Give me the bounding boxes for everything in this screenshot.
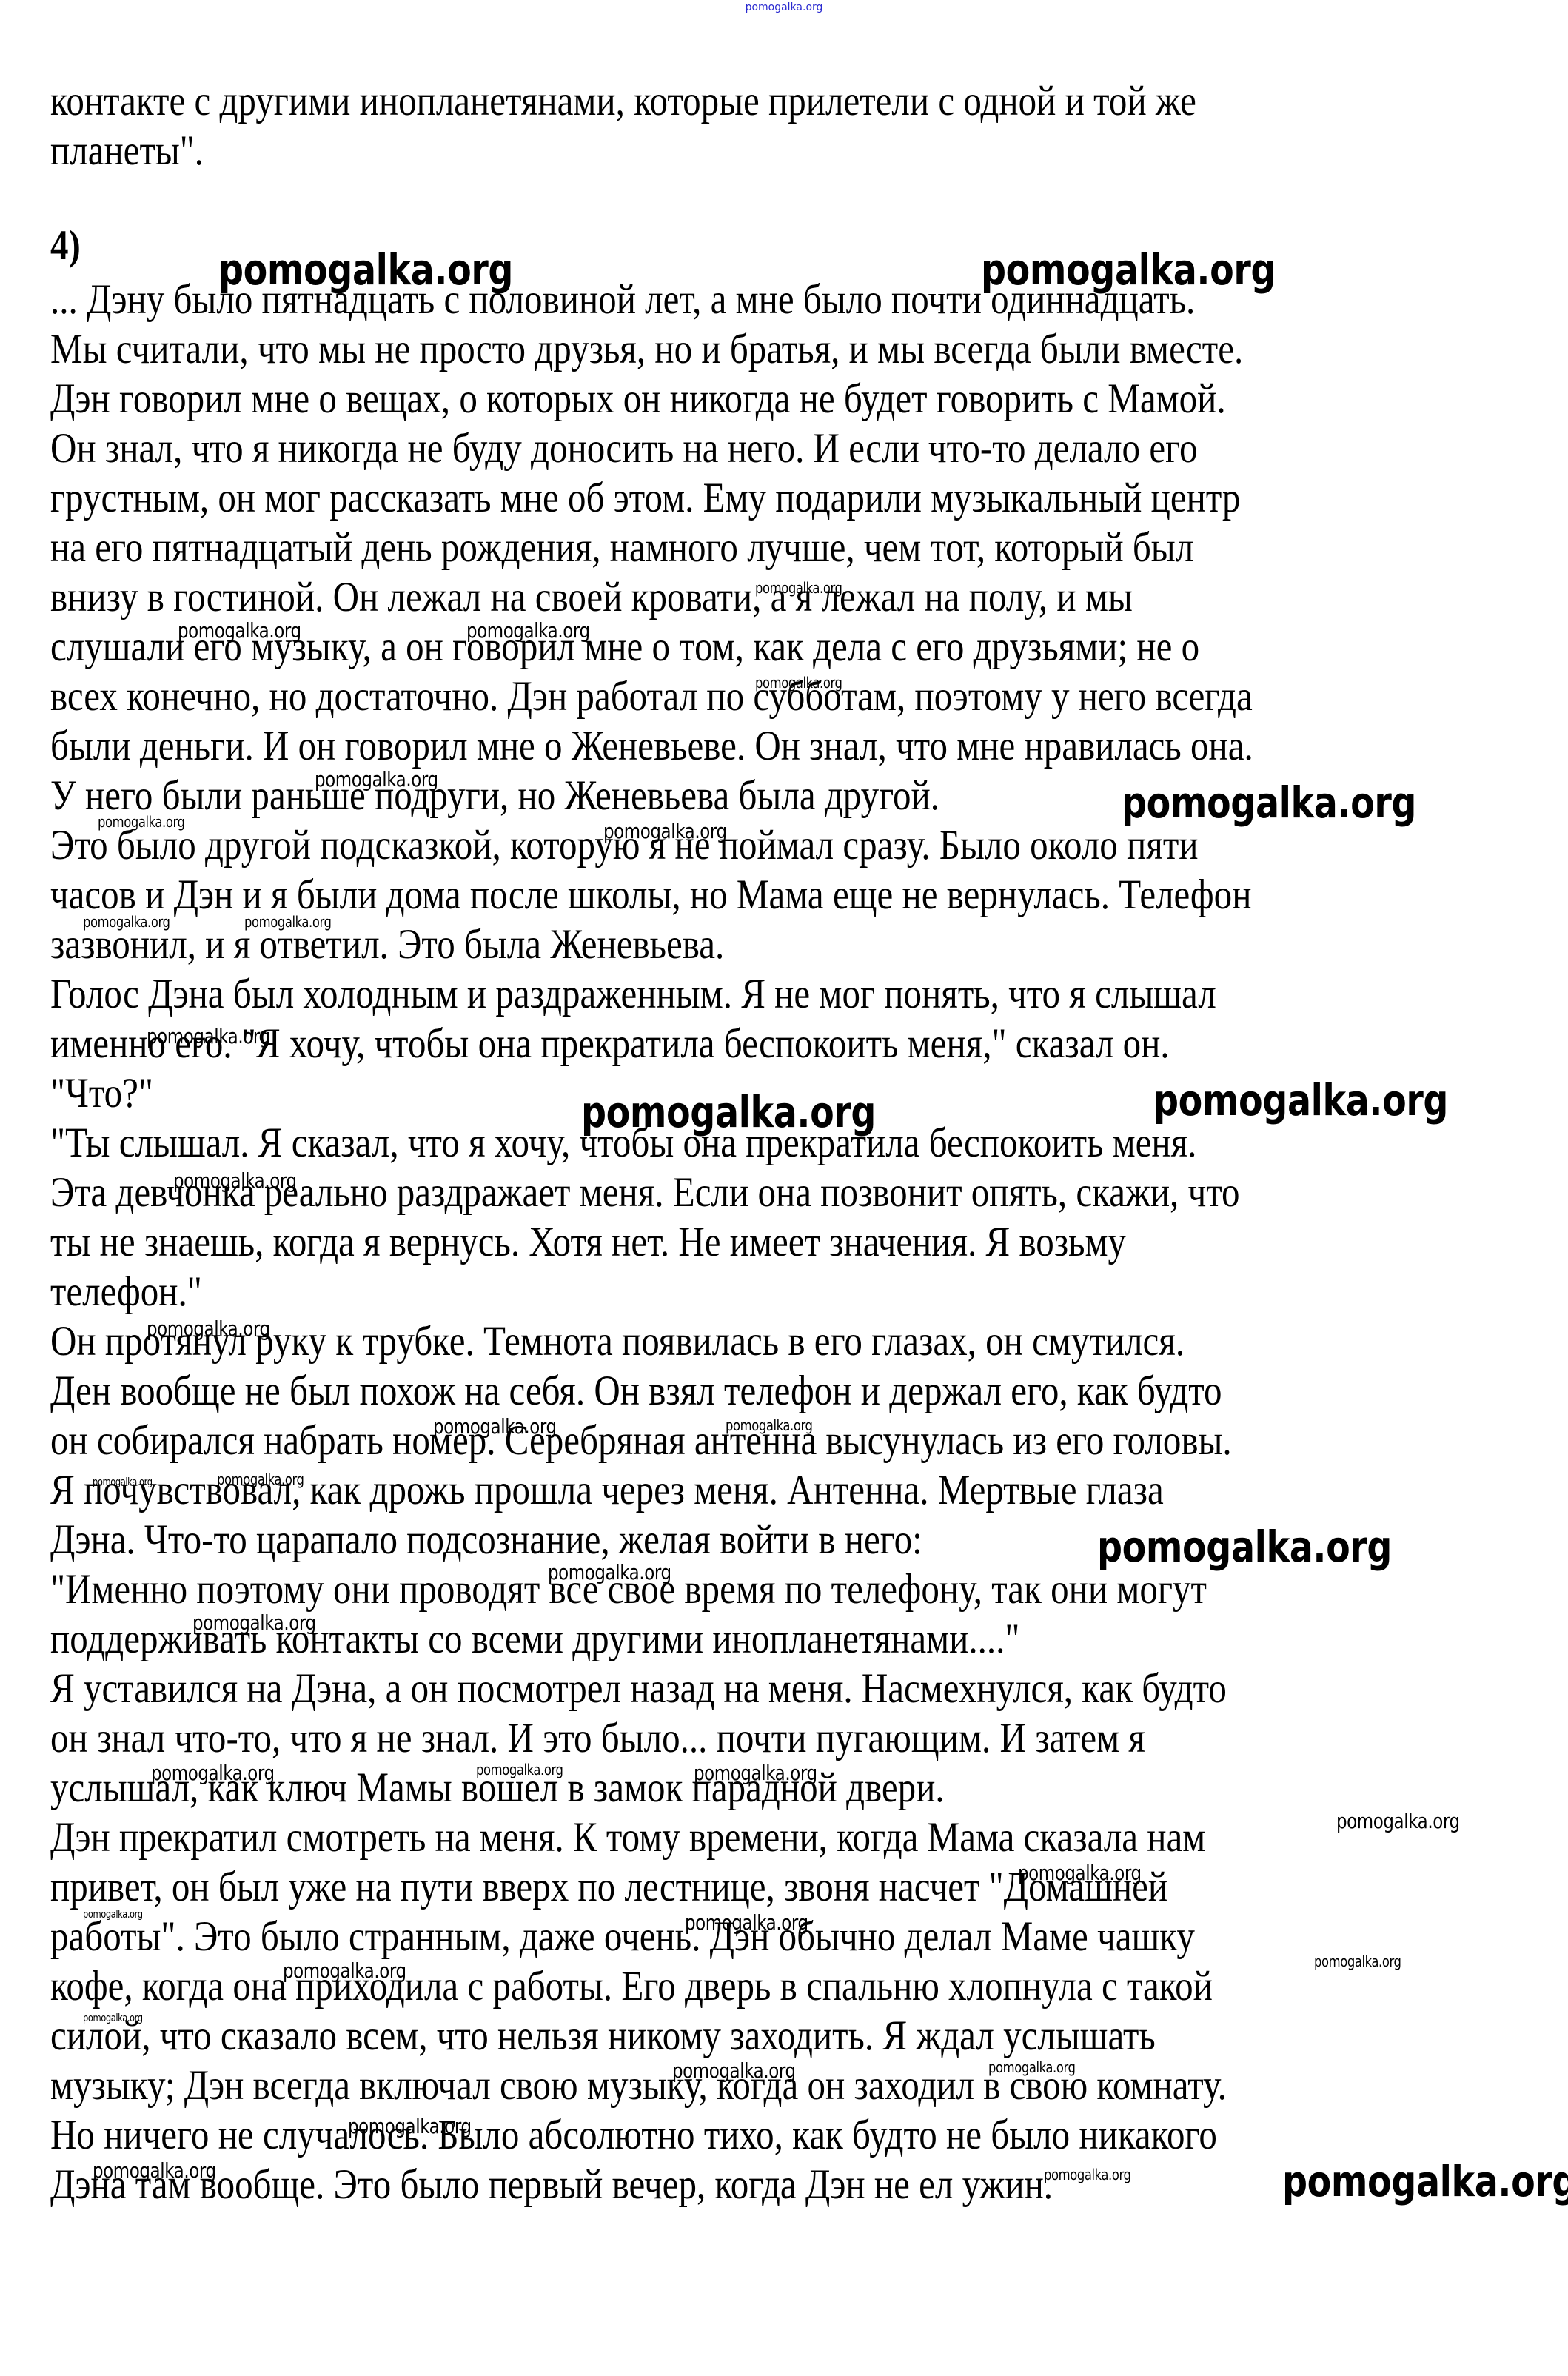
watermark: pomogalka.org (147, 1024, 270, 1048)
watermark: pomogalka.org (98, 813, 185, 831)
text-line: были деньги. И он говорил мне о Женевьев… (50, 723, 1253, 770)
text-line: силой, что сказало всем, что нельзя нико… (50, 2012, 1156, 2060)
watermark: pomogalka.org (1018, 1861, 1142, 1885)
text-line: он знал что-то, что я не знал. И это был… (50, 1715, 1145, 1762)
text-line: Мы считали, что мы не просто друзья, но … (50, 326, 1243, 373)
watermark: pomogalka.org (244, 913, 332, 931)
text-line: Я уставился на Дэна, а он посмотрел наза… (50, 1665, 1227, 1713)
watermark: pomogalka.org (685, 1910, 808, 1935)
watermark: pomogalka.org (981, 244, 1276, 295)
watermark: pomogalka.org (988, 2058, 1076, 2076)
watermark: pomogalka.org (83, 913, 170, 931)
watermark: pomogalka.org (178, 618, 301, 643)
watermark: pomogalka.org (726, 1416, 813, 1434)
text-line: телефон." (50, 1268, 202, 1316)
text-line: привет, он был уже на пути вверх по лест… (50, 1864, 1167, 1911)
top-watermark: pomogalka.org (0, 1, 1568, 13)
watermark: pomogalka.org (672, 2058, 796, 2083)
text-line: часов и Дэн и я были дома после школы, н… (50, 871, 1251, 919)
watermark: pomogalka.org (466, 618, 590, 643)
section-number: 4) (50, 222, 81, 270)
watermark: pomogalka.org (151, 1761, 275, 1785)
watermark: pomogalka.org (93, 1476, 153, 1488)
watermark: pomogalka.org (173, 1168, 297, 1193)
text-line: Ден вообще не был похож на себя. Он взял… (50, 1368, 1222, 1415)
text-line: ты не знаешь, когда я вернусь. Хотя нет.… (50, 1219, 1126, 1266)
intro-line: планеты". (50, 127, 204, 175)
text-line: кофе, когда она приходила с работы. Его … (50, 1963, 1213, 2010)
watermark: pomogalka.org (581, 1087, 876, 1137)
watermark: pomogalka.org (1097, 1522, 1392, 1572)
text-line: грустным, он мог рассказать мне об этом.… (50, 475, 1240, 522)
watermark: pomogalka.org (1122, 777, 1416, 828)
watermark: pomogalka.org (603, 819, 727, 843)
text-line: всех конечно, но достаточно. Дэн работал… (50, 673, 1253, 720)
watermark: pomogalka.org (83, 2012, 143, 2024)
watermark: pomogalka.org (1314, 1952, 1401, 1970)
text-line: Дэна. Что-то царапало подсознание, желая… (50, 1516, 922, 1564)
watermark: pomogalka.org (315, 767, 438, 792)
watermark: pomogalka.org (192, 1610, 316, 1635)
text-line: Но ничего не случалось. Было абсолютно т… (50, 2112, 1217, 2159)
watermark: pomogalka.org (548, 1560, 671, 1584)
watermark: pomogalka.org (433, 1414, 557, 1439)
text-line: он собирался набрать номер. Серебряная а… (50, 1417, 1232, 1465)
text-line: внизу в гостиной. Он лежал на своей кров… (50, 574, 1133, 621)
text-line: Дэн прекратил смотреть на меня. К тому в… (50, 1814, 1205, 1861)
text-line: Дэн говорил мне о вещах, о которых он ни… (50, 375, 1226, 423)
watermark: pomogalka.org (348, 2114, 472, 2138)
watermark: pomogalka.org (217, 1470, 304, 1488)
watermark: pomogalka.org (147, 1316, 270, 1341)
watermark: pomogalka.org (83, 1909, 143, 1921)
watermark: pomogalka.org (283, 1958, 406, 1983)
text-line: работы". Это было странным, даже очень. … (50, 1913, 1195, 1961)
watermark: pomogalka.org (1282, 2156, 1568, 2206)
watermark: pomogalka.org (93, 2158, 216, 2183)
watermark: pomogalka.org (218, 244, 513, 295)
text-line: на его пятнадцатый день рождения, намног… (50, 524, 1193, 572)
text-line: Он знал, что я никогда не буду доносить … (50, 425, 1197, 472)
intro-line: контакте с другими инопланетянами, котор… (50, 78, 1196, 125)
watermark: pomogalka.org (1153, 1075, 1448, 1125)
text-line: Голос Дэна был холодным и раздраженным. … (50, 971, 1216, 1018)
text-line: "Что?" (50, 1070, 153, 1117)
watermark: pomogalka.org (694, 1761, 817, 1785)
watermark: pomogalka.org (476, 1761, 563, 1778)
watermark: pomogalka.org (1044, 2166, 1131, 2183)
watermark: pomogalka.org (1336, 1809, 1460, 1833)
watermark: pomogalka.org (755, 579, 842, 597)
watermark: pomogalka.org (755, 674, 842, 692)
